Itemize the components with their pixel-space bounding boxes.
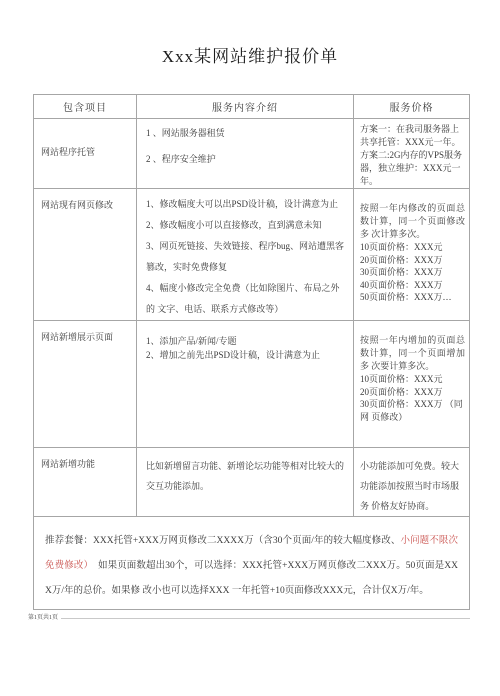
table-row-recommendation: 推荐套餐：XXX托管+XXX万网页修改二XXXX万（含30个页面/年的较大幅度修… bbox=[34, 517, 470, 610]
row2-content-line: 3、网页死链接、失效链接、程序bug、网站遭黑客篡改，实时免费修复 bbox=[146, 236, 344, 278]
table-header-row: 包含项目 服务内容介绍 服务价格 bbox=[34, 95, 470, 119]
row3-content-line: 2、增加之前先出PSD设计稿，设计满意为止 bbox=[146, 348, 344, 362]
page-footer: 第1页共1页 bbox=[28, 615, 470, 622]
row2-price-line: 40页面价格：XXX万 bbox=[360, 279, 465, 292]
row2-service-content: 1、修改幅度大可以出PSD设计稿，设计满意为止 2、修改幅度小可以直接修改，直到… bbox=[137, 189, 354, 321]
page-title: Xxx某网站维护报价单 bbox=[0, 42, 500, 67]
header-included-items: 包含项目 bbox=[34, 95, 137, 119]
row3-price: 按照一年内增加的页面总 数计算，同一个页面增加多 次要计算多次。 10页面价格：… bbox=[354, 321, 470, 448]
row1-price: 方案一：在我司服务器上共享托管：XXX元一年。 方案二:2G内存的VPS服务器，… bbox=[354, 119, 470, 189]
row1-content-line: 2 、程序安全维护 bbox=[146, 154, 345, 165]
row3-service-content: 1、添加产品/新闻/专题 2、增加之前先出PSD设计稿，设计满意为止 bbox=[137, 321, 354, 448]
table-row-new-features: 网站新增功能 比如新增留言功能、新增论坛功能等相对比较大的交互功能添加。 小功能… bbox=[34, 448, 470, 517]
row4-service-content: 比如新增留言功能、新增论坛功能等相对比较大的交互功能添加。 bbox=[137, 448, 354, 517]
row2-price-line: 10页面价格：XXX元 bbox=[360, 241, 465, 254]
row4-price: 小功能添加可免费。较大功能添加按照当时市场服务 价格友好协商。 bbox=[354, 448, 470, 517]
quotation-table: 包含项目 服务内容介绍 服务价格 网站程序托管 1 、网站服务器租赁 2 、程序… bbox=[33, 94, 470, 610]
row4-item-label: 网站新增功能 bbox=[34, 448, 137, 517]
table-row-new-pages: 网站新增展示页面 1、添加产品/新闻/专题 2、增加之前先出PSD设计稿，设计满… bbox=[34, 321, 470, 448]
row2-price-line: 20页面价格：XXX万 bbox=[360, 254, 465, 267]
row2-item-label: 网站现有网页修改 bbox=[34, 189, 137, 321]
footer-divider bbox=[61, 618, 470, 619]
row1-content-line: 1 、网站服务器租赁 bbox=[146, 128, 345, 139]
row3-item-label: 网站新增展示页面 bbox=[34, 321, 137, 448]
recommendation-paragraph: 推荐套餐：XXX托管+XXX万网页修改二XXXX万（含30个页面/年的较大幅度修… bbox=[45, 529, 458, 604]
row2-content-line: 2、修改幅度小可以直接修改，直到满意未知 bbox=[146, 215, 344, 236]
row1-item-label: 网站程序托管 bbox=[34, 119, 137, 189]
row2-price: 按照一年内修改的页面总 数计算，同一个页面修改多 次计算多次。 10页面价格：X… bbox=[354, 189, 470, 321]
recommendation-text-prefix: 推荐套餐：XXX托管+XXX万网页修改二XXXX万（含30个页面/年的较大幅度修… bbox=[45, 536, 400, 546]
table-row-page-modify: 网站现有网页修改 1、修改幅度大可以出PSD设计稿，设计满意为止 2、修改幅度小… bbox=[34, 189, 470, 321]
row3-price-line: 10页面价格：XXX元 bbox=[360, 373, 465, 386]
recommendation-cell: 推荐套餐：XXX托管+XXX万网页修改二XXXX万（含30个页面/年的较大幅度修… bbox=[34, 517, 470, 610]
footer-page-number: 第1页共1页 bbox=[28, 615, 58, 622]
row2-content-line: 1、修改幅度大可以出PSD设计稿，设计满意为止 bbox=[146, 194, 344, 215]
row2-content-line: 4、幅度小修改完全免费（比如除图片、布局之外的 文字、电话、联系方式修改等） bbox=[146, 278, 344, 320]
table-row-hosting: 网站程序托管 1 、网站服务器租赁 2 、程序安全维护 方案一：在我司服务器上共… bbox=[34, 119, 470, 189]
row2-price-intro: 按照一年内修改的页面总 数计算，同一个页面修改多 次计算多次。 bbox=[360, 202, 465, 241]
row2-price-line: 30页面价格：XXX万 bbox=[360, 266, 465, 279]
row3-price-line: 30页面价格：XXX万 （同网 页修改） bbox=[360, 398, 465, 423]
row3-content-line: 1、添加产品/新闻/专题 bbox=[146, 334, 344, 348]
row1-price-plan2: 方案二:2G内存的VPS服务器，独立维护：XXX元一年。 bbox=[360, 149, 464, 188]
header-service-content: 服务内容介绍 bbox=[137, 95, 354, 119]
row4-price-line: 小功能添加可免费。较大功能添加按照当时市场服务 价格友好协商。 bbox=[360, 456, 464, 516]
row2-price-line: 50页面价格：XXX万… bbox=[360, 291, 465, 304]
header-service-price: 服务价格 bbox=[354, 95, 470, 119]
row3-price-intro: 按照一年内增加的页面总 数计算，同一个页面增加多 次要计算多次。 bbox=[360, 334, 465, 373]
row3-price-line: 20页面价格：XXX万 bbox=[360, 386, 465, 399]
row1-price-plan1: 方案一：在我司服务器上共享托管：XXX元一年。 bbox=[360, 123, 464, 149]
recommendation-text-suffix: 如果页面数超出30个，可以选择：XXX托管+XXX万网页修改二XXX万。50页面… bbox=[45, 561, 458, 596]
row1-service-content: 1 、网站服务器租赁 2 、程序安全维护 bbox=[137, 119, 354, 189]
row4-content-line: 比如新增留言功能、新增论坛功能等相对比较大的交互功能添加。 bbox=[146, 456, 345, 496]
